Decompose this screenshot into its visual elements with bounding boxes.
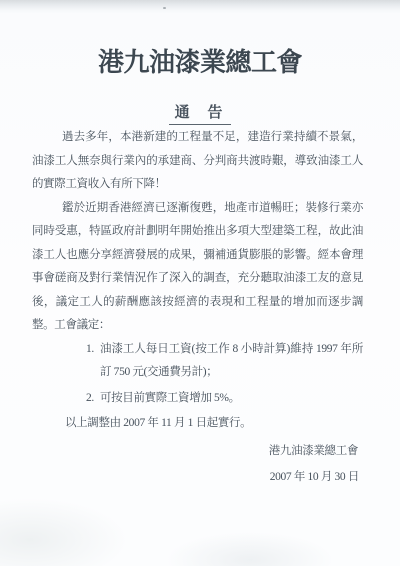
scanned-notice-page: 港九油漆業總工會 通 告 過去多年，本港新建的工程量不足，建造行業持續不景氣，油… xyxy=(0,0,400,566)
resolution-list: 1. 油漆工人每日工資(按工作 8 小時計算)維持 1997 年所訂 750 元… xyxy=(32,338,363,411)
paragraph-1: 過去多年，本港新建的工程量不足，建造行業持續不景氣，油漆工人無奈與行業內的承建商… xyxy=(32,126,363,197)
notice-heading-text: 通 告 xyxy=(169,105,232,125)
list-item-2-text: 可按目前實際工資增加 5%。 xyxy=(100,392,240,404)
effective-date-line: 以上調整由 2007 年 11 月 1 日起實行。 xyxy=(32,412,363,436)
list-item-1-number: 1. xyxy=(86,338,94,362)
list-item-1: 1. 油漆工人每日工資(按工作 8 小時計算)維持 1997 年所訂 750 元… xyxy=(32,338,363,385)
paragraph-2: 鑑於近期香港經濟已逐漸復甦，地產市道暢旺；裝修行業亦同時受惠，特區政府計劃明年開… xyxy=(32,197,363,338)
list-item-1-text: 油漆工人每日工資(按工作 8 小時計算)維持 1997 年所訂 750 元(交通… xyxy=(100,343,363,379)
notice-body: 過去多年，本港新建的工程量不足，建造行業持續不景氣，油漆工人無奈與行業內的承建商… xyxy=(32,126,363,490)
signature-union-name: 港九油漆業總工會 xyxy=(32,440,363,464)
scan-edge-artifact xyxy=(0,0,400,14)
union-title: 港九油漆業總工會 xyxy=(0,50,400,76)
scan-speck-artifact xyxy=(163,7,166,9)
list-item-2: 2. 可按目前實際工資增加 5%。 xyxy=(32,387,363,411)
list-item-2-number: 2. xyxy=(86,387,94,411)
notice-heading: 通 告 xyxy=(0,106,400,121)
issue-date: 2007 年 10 月 30 日 xyxy=(32,466,363,490)
